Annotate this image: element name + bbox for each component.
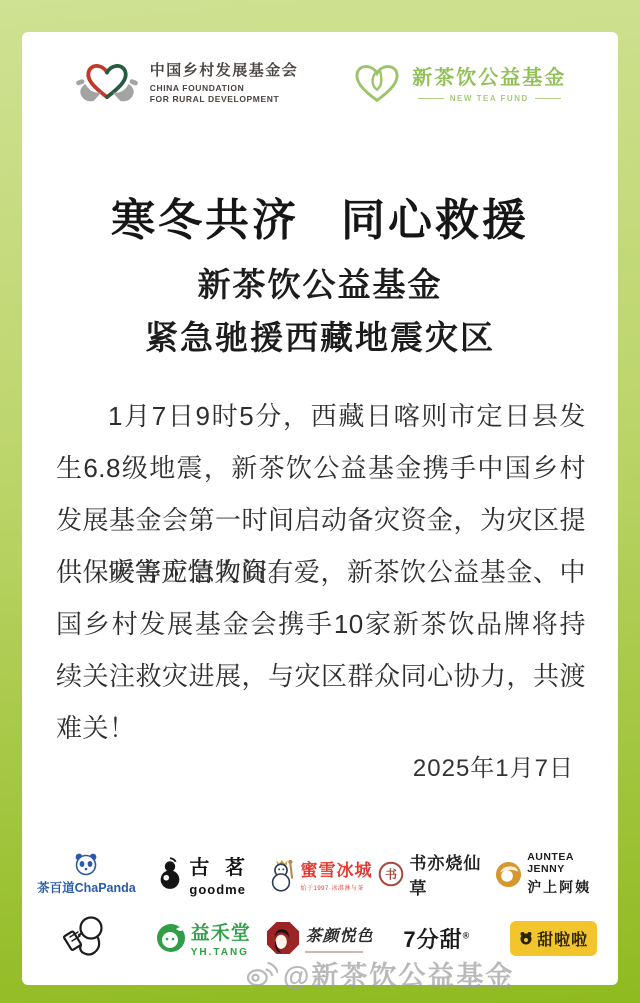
panda-icon	[73, 852, 99, 876]
brand-goodme: 古 茗 goodme	[145, 842, 262, 906]
shuyi-name-cn: 书亦烧仙草	[409, 849, 495, 899]
yihetang-name-en: YH.TANG	[191, 947, 249, 958]
hands-heart-icon	[74, 54, 140, 110]
header-logos: 中国乡村发展基金会 CHINA FOUNDATION FOR RURAL DEV…	[22, 54, 618, 110]
brand-row-1: 茶百道ChaPanda 古 茗 goodme	[28, 842, 612, 906]
weibo-icon	[246, 960, 278, 988]
chayan-tagline-strip	[305, 951, 363, 953]
mixue-name-cn: 蜜雪冰城	[300, 856, 372, 881]
brand-chapanda: 茶百道ChaPanda	[28, 842, 145, 906]
ntf-divider-right	[535, 98, 561, 99]
subtitle: 新茶饮公益基金 紧急驰援西藏地震灾区	[22, 258, 618, 364]
subtitle-line1: 新茶饮公益基金	[22, 258, 618, 311]
goodme-name-en: goodme	[189, 882, 246, 897]
yihetang-name-cn: 益禾堂	[191, 918, 251, 945]
snowman-icon	[267, 856, 295, 892]
poster-card: 中国乡村发展基金会 CHINA FOUNDATION FOR RURAL DEV…	[22, 32, 618, 985]
tianlala-name-cn: 甜啦啦	[537, 927, 588, 950]
brand-heytea	[28, 906, 145, 970]
svg-text:书: 书	[385, 867, 397, 882]
cfrd-name-cn: 中国乡村发展基金会	[150, 59, 299, 80]
body-paragraph-2: 灾害无情人间有爱，新茶饮公益基金、中国乡村发展基金会携手10家新茶饮品牌将持续关…	[56, 546, 586, 754]
brand-yihetang: 益禾堂 YH.TANG	[145, 906, 262, 970]
heytea-drinker-icon	[62, 914, 110, 962]
cfrd-logo: 中国乡村发展基金会 CHINA FOUNDATION FOR RURAL DEV…	[74, 54, 299, 110]
heart-leaf-icon	[352, 59, 402, 105]
date-text: 2025年1月7日	[413, 748, 574, 783]
tianlala-bear-icon	[519, 931, 533, 945]
weibo-watermark-text: @新茶饮公益基金	[283, 954, 514, 993]
subtitle-line2: 紧急驰援西藏地震灾区	[22, 311, 618, 364]
ntf-name-en: NEW TEA FUND	[450, 94, 529, 103]
chayan-lady-icon	[266, 921, 300, 955]
cfrd-name-en-line2: FOR RURAL DEVELOPMENT	[150, 94, 299, 105]
main-title-part1: 寒冬共济	[111, 184, 299, 248]
tianlala-badge: 甜啦啦	[510, 921, 597, 956]
ntf-name-cn: 新茶饮公益基金	[412, 61, 566, 90]
qifentian-name: 7分甜®	[403, 923, 470, 954]
brand-grid: 茶百道ChaPanda 古 茗 goodme	[28, 842, 612, 970]
goodme-name-cn: 古 茗	[189, 851, 250, 880]
chayan-name-cn: 茶颜悦色	[305, 923, 373, 946]
main-title: 寒冬共济 同心救援	[22, 184, 618, 248]
poster-background: { "header": { "cfrd": { "cn": "中国乡村发展基金会…	[0, 0, 640, 1003]
cfrd-name-en-line1: CHINA FOUNDATION	[150, 83, 299, 94]
ntf-divider-left	[418, 98, 444, 99]
auntea-name-en: AUNTEA JENNY	[527, 851, 612, 875]
brand-shuyi: 书 书亦烧仙草	[378, 842, 495, 906]
ntf-logo: 新茶饮公益基金 NEW TEA FUND	[352, 59, 566, 105]
mixue-tagline: 始于1997·冰淇淋与茶	[300, 883, 363, 892]
shuyi-seal-icon: 书	[378, 861, 404, 887]
weibo-watermark: @新茶饮公益基金	[246, 954, 514, 993]
gourd-icon	[156, 857, 184, 891]
auntea-name-cn: 沪上阿姨	[527, 877, 591, 897]
yihetang-cat-icon	[156, 923, 186, 953]
aunt-face-icon	[495, 861, 522, 888]
brand-auntea: AUNTEA JENNY 沪上阿姨	[495, 842, 612, 906]
registered-mark: ®	[463, 930, 471, 940]
chapanda-label: 茶百道ChaPanda	[37, 878, 136, 896]
brand-mixue: 蜜雪冰城 始于1997·冰淇淋与茶	[262, 842, 379, 906]
main-title-part2: 同心救援	[341, 184, 529, 248]
